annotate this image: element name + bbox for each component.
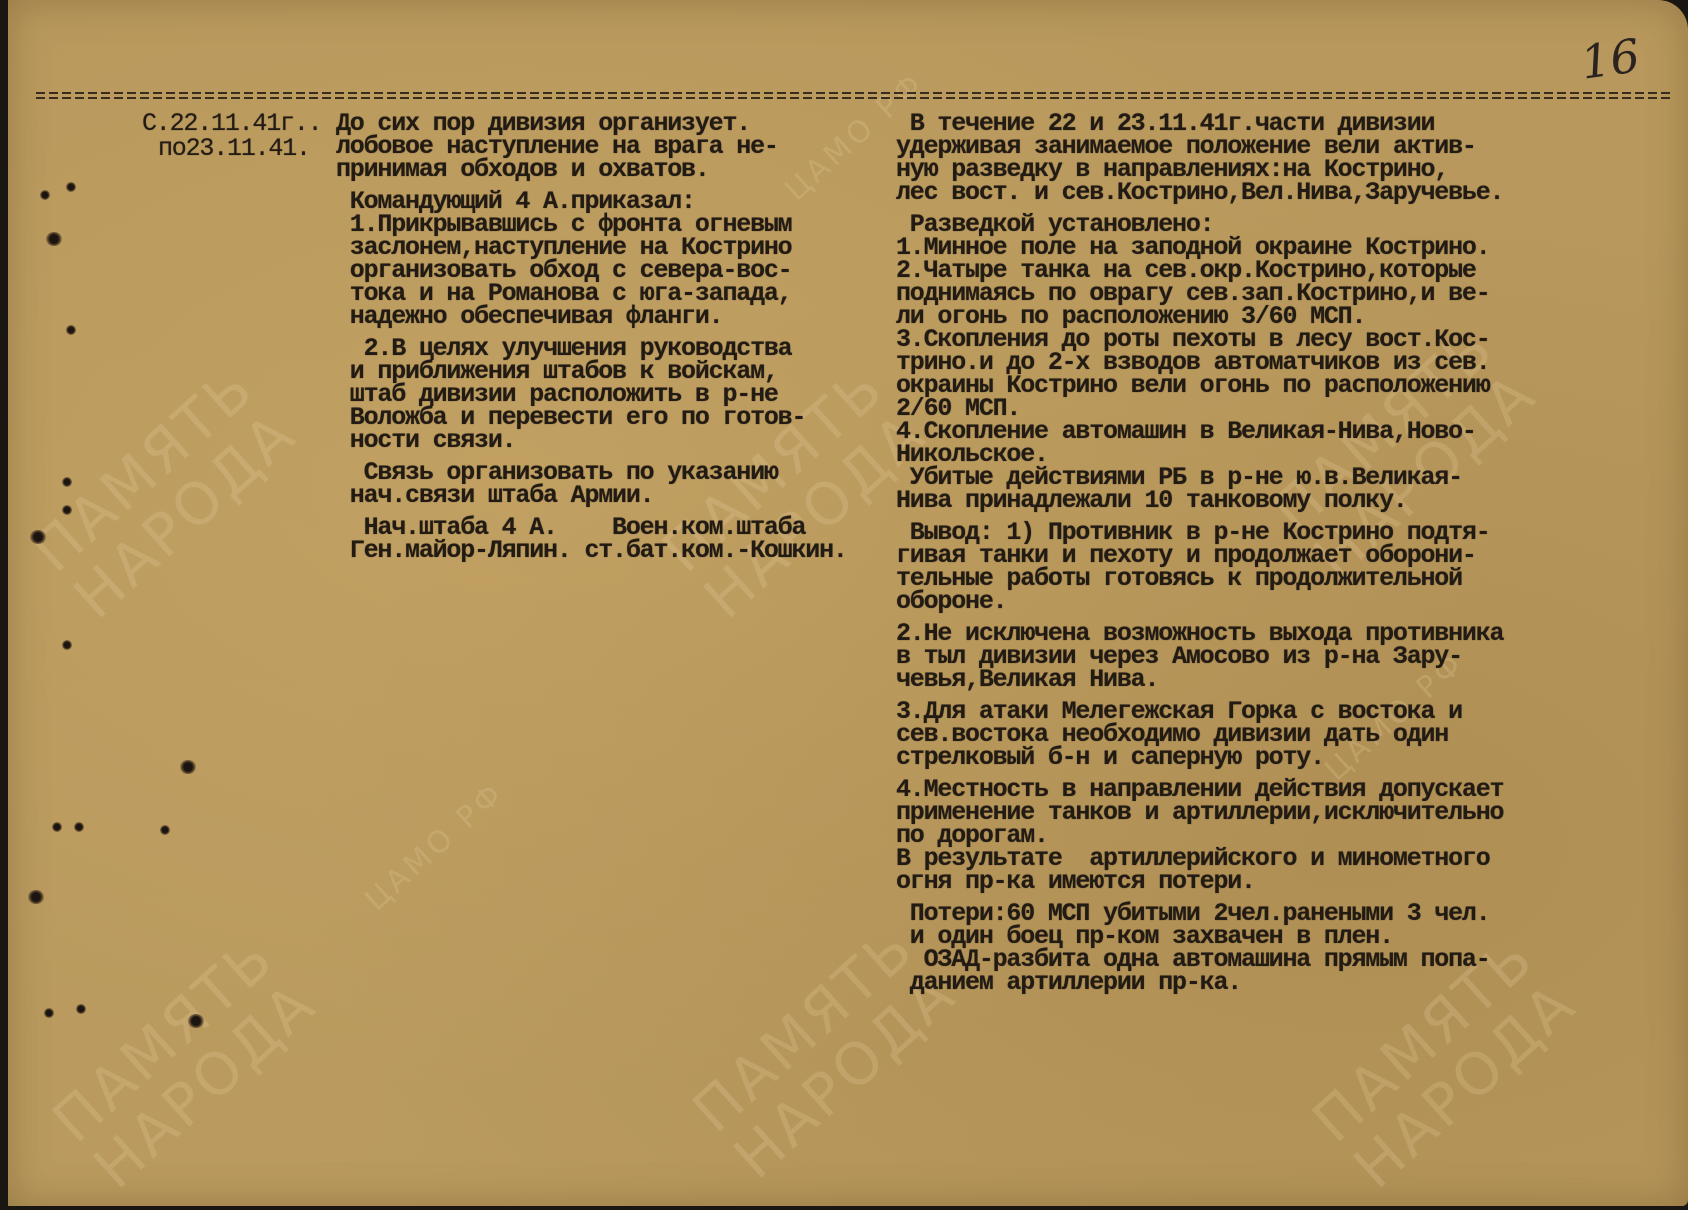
date-to: по23.11.41. bbox=[158, 137, 310, 160]
text-line: ности связи. bbox=[336, 429, 847, 452]
handwritten-page-number: 16 bbox=[1578, 28, 1643, 90]
punch-hole bbox=[160, 825, 170, 835]
text-line: обороне. bbox=[896, 590, 1503, 613]
watermark: ПАМЯТЬ НАРОДА bbox=[22, 355, 308, 630]
text-line: принимая обходов и охватов. bbox=[336, 158, 847, 181]
text-line: данием артиллерии пр-ка. bbox=[896, 971, 1503, 994]
punch-hole bbox=[74, 822, 84, 832]
punch-hole bbox=[188, 1014, 204, 1028]
watermark-archive: ЦАМО РФ bbox=[359, 776, 512, 918]
text-line: чевья,Великая Нива. bbox=[896, 668, 1503, 691]
punch-hole bbox=[44, 1008, 54, 1018]
punch-hole bbox=[66, 182, 76, 192]
right-column-text: В течение 22 и 23.11.41г.части дивизииуд… bbox=[896, 112, 1503, 994]
punch-hole bbox=[28, 890, 44, 904]
text-line: огня пр-ка имеются потери. bbox=[896, 870, 1503, 893]
punch-hole bbox=[62, 640, 72, 650]
punch-hole bbox=[30, 530, 46, 544]
punch-hole bbox=[62, 477, 72, 487]
punch-hole bbox=[62, 505, 72, 515]
header-separator-line bbox=[36, 92, 1670, 100]
punch-hole bbox=[52, 822, 62, 832]
punch-hole bbox=[66, 325, 76, 335]
left-column-text: До сих пор дивизия организует.лобовое на… bbox=[336, 112, 847, 562]
text-line: надежно обеспечивая фланги. bbox=[336, 305, 847, 328]
punch-hole bbox=[180, 760, 196, 774]
punch-hole bbox=[46, 232, 62, 246]
punch-hole bbox=[76, 1004, 86, 1014]
watermark: ПАМЯТЬ НАРОДА bbox=[42, 925, 328, 1200]
punch-hole bbox=[40, 190, 50, 200]
text-line: Ген.майор-Ляпин. ст.бат.ком.-Кошкин. bbox=[336, 539, 847, 562]
text-line: лес вост. и сев.Кострино,Вел.Нива,Заруче… bbox=[896, 181, 1503, 204]
text-line: стрелковый б-н и саперную роту. bbox=[896, 746, 1503, 769]
text-line: Нива принадлежали 10 танковому полку. bbox=[896, 489, 1503, 512]
text-line: нач.связи штаба Армии. bbox=[336, 484, 847, 507]
archival-document-page: ПАМЯТЬ НАРОДА ПАМЯТЬ НАРОДА ПАМЯТЬ НАРОД… bbox=[8, 0, 1688, 1206]
date-from: С.22.11.41г.. bbox=[142, 112, 321, 135]
